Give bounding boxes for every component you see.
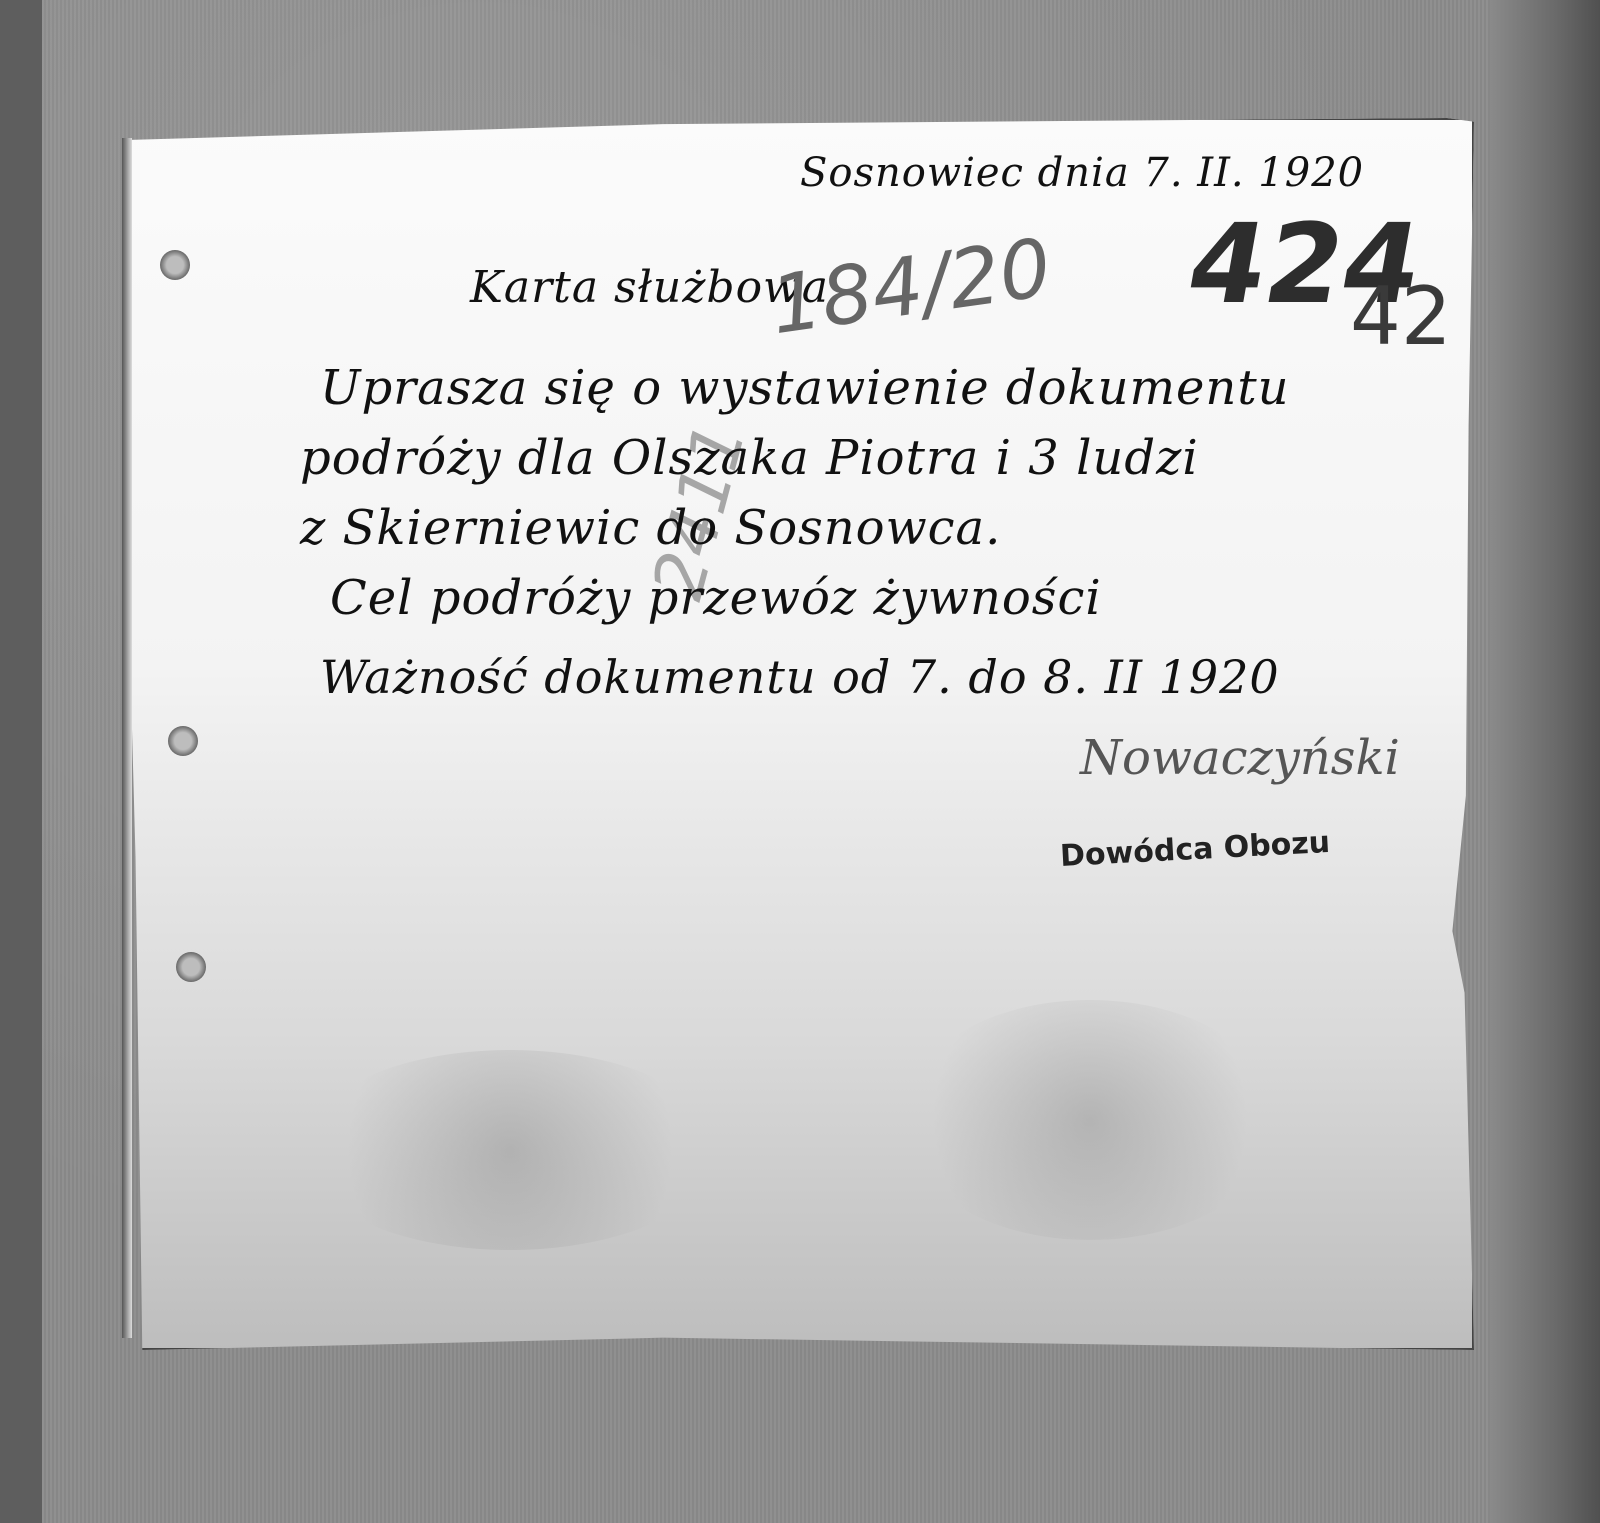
punch-hole-bottom xyxy=(176,952,206,982)
body-line-2: podróży dla Olszaka Piotra i 3 ludzi xyxy=(300,430,1199,486)
body-line-1: Uprasza się o wystawienie dokumentu xyxy=(320,360,1290,416)
body-line-5: Ważność dokumentu od 7. do 8. II 1920 xyxy=(320,650,1280,704)
paper-torn-left-edge xyxy=(122,138,132,1338)
scanner-left-edge xyxy=(0,0,42,1523)
scanner-right-edge xyxy=(1490,0,1600,1523)
commander-signature: Nowaczyński xyxy=(1080,730,1400,786)
punch-hole-middle xyxy=(168,726,198,756)
paper-stain xyxy=(900,1000,1280,1240)
body-line-4: Cel podróży przewóz żywności xyxy=(330,570,1102,626)
punch-hole-top xyxy=(160,250,190,280)
place-date-line: Sosnowiec dnia 7. II. 1920 xyxy=(800,150,1364,196)
body-line-3: z Skierniewic do Sosnowca. xyxy=(300,500,1001,556)
paper-stain xyxy=(300,1050,720,1250)
archive-number-suffix: 42 xyxy=(1350,270,1452,363)
